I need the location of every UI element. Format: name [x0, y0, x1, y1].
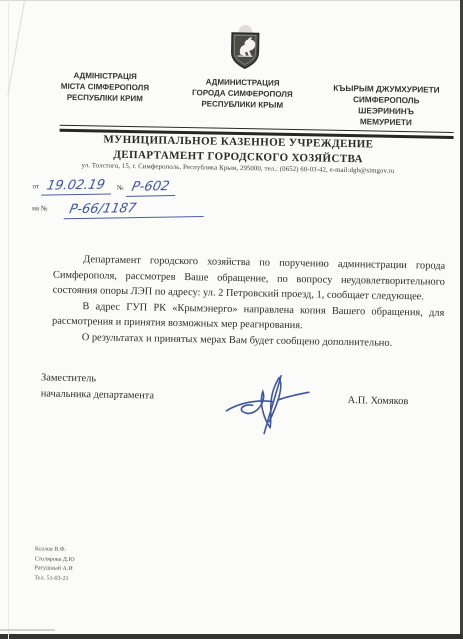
signer-position: Заместитель начальника департамента — [41, 370, 155, 403]
from-label: от — [32, 182, 39, 190]
outgoing-reference-row: от 19.02.19 № Р-602 — [32, 175, 252, 198]
letterhead-column-ukrainian: АДМІНІСТРАЦІЯ МІСТА СІМФЕРОПОЛЯ РЕСПУБЛІ… — [44, 69, 166, 123]
scan-edge-bottom — [0, 634, 463, 639]
handwritten-incoming-number: Р-66/1187 — [64, 201, 207, 219]
body-paragraph: Департамент городского хозяйства по пору… — [53, 252, 446, 306]
simferopol-coat-of-arms-icon — [227, 23, 264, 74]
scan-edge-top — [0, 0, 463, 1]
letterhead-line: МЕМУРИЕТИ — [319, 115, 453, 128]
letterhead-column-russian: АДМИНИСТРАЦИЯ ГОРОДА СИМФЕРОПОЛЯ РЕСПУБЛ… — [175, 76, 310, 126]
reference-numbers-block: от 19.02.19 № Р-602 на № Р-66/1187 — [32, 175, 253, 220]
executor-line: Ратушный А.И — [34, 564, 74, 574]
executor-line: Козлов В.Ф. — [35, 545, 75, 555]
signer-name: А.П. Хомяков — [348, 395, 409, 407]
handwritten-outgoing-number: Р-602 — [126, 180, 178, 197]
letterhead-line: РЕСПУБЛІКИ КРИМ — [44, 91, 165, 104]
signer-position-line1: Заместитель — [41, 370, 155, 388]
executor-phone: Тел. 51-03-21 — [34, 574, 74, 584]
number-sign-label: № — [117, 184, 124, 192]
letterhead-column-crimean-tatar: КЪЫРЫМ ДЖУМХУРИЕТИ СИМФЕРОПОЛЬ ШЕЭРИНИНЪ… — [319, 82, 454, 128]
scan-edge-left-line — [8, 0, 9, 639]
scanned-letter-page: АДМІНІСТРАЦІЯ МІСТА СІМФЕРОПОЛЯ РЕСПУБЛІ… — [0, 0, 463, 639]
handwritten-signature-icon — [222, 371, 315, 439]
reply-to-label: на № — [32, 204, 47, 212]
executors-block: Козлов В.Ф. Столярова Д.Ю Ратушный А.И Т… — [34, 545, 75, 584]
scan-smudge — [0, 629, 55, 631]
letter-body: Департамент городского хозяйства по пору… — [52, 252, 446, 353]
scan-content: АДМІНІСТРАЦІЯ МІСТА СІМФЕРОПОЛЯ РЕСПУБЛІ… — [0, 0, 463, 639]
handwritten-date: 19.02.19 — [41, 178, 114, 195]
signer-position-line2: начальника департамента — [41, 386, 155, 404]
letterhead-columns: АДМІНІСТРАЦІЯ МІСТА СІМФЕРОПОЛЯ РЕСПУБЛІ… — [44, 67, 454, 128]
incoming-reference-row: на № Р-66/1187 — [32, 197, 252, 220]
